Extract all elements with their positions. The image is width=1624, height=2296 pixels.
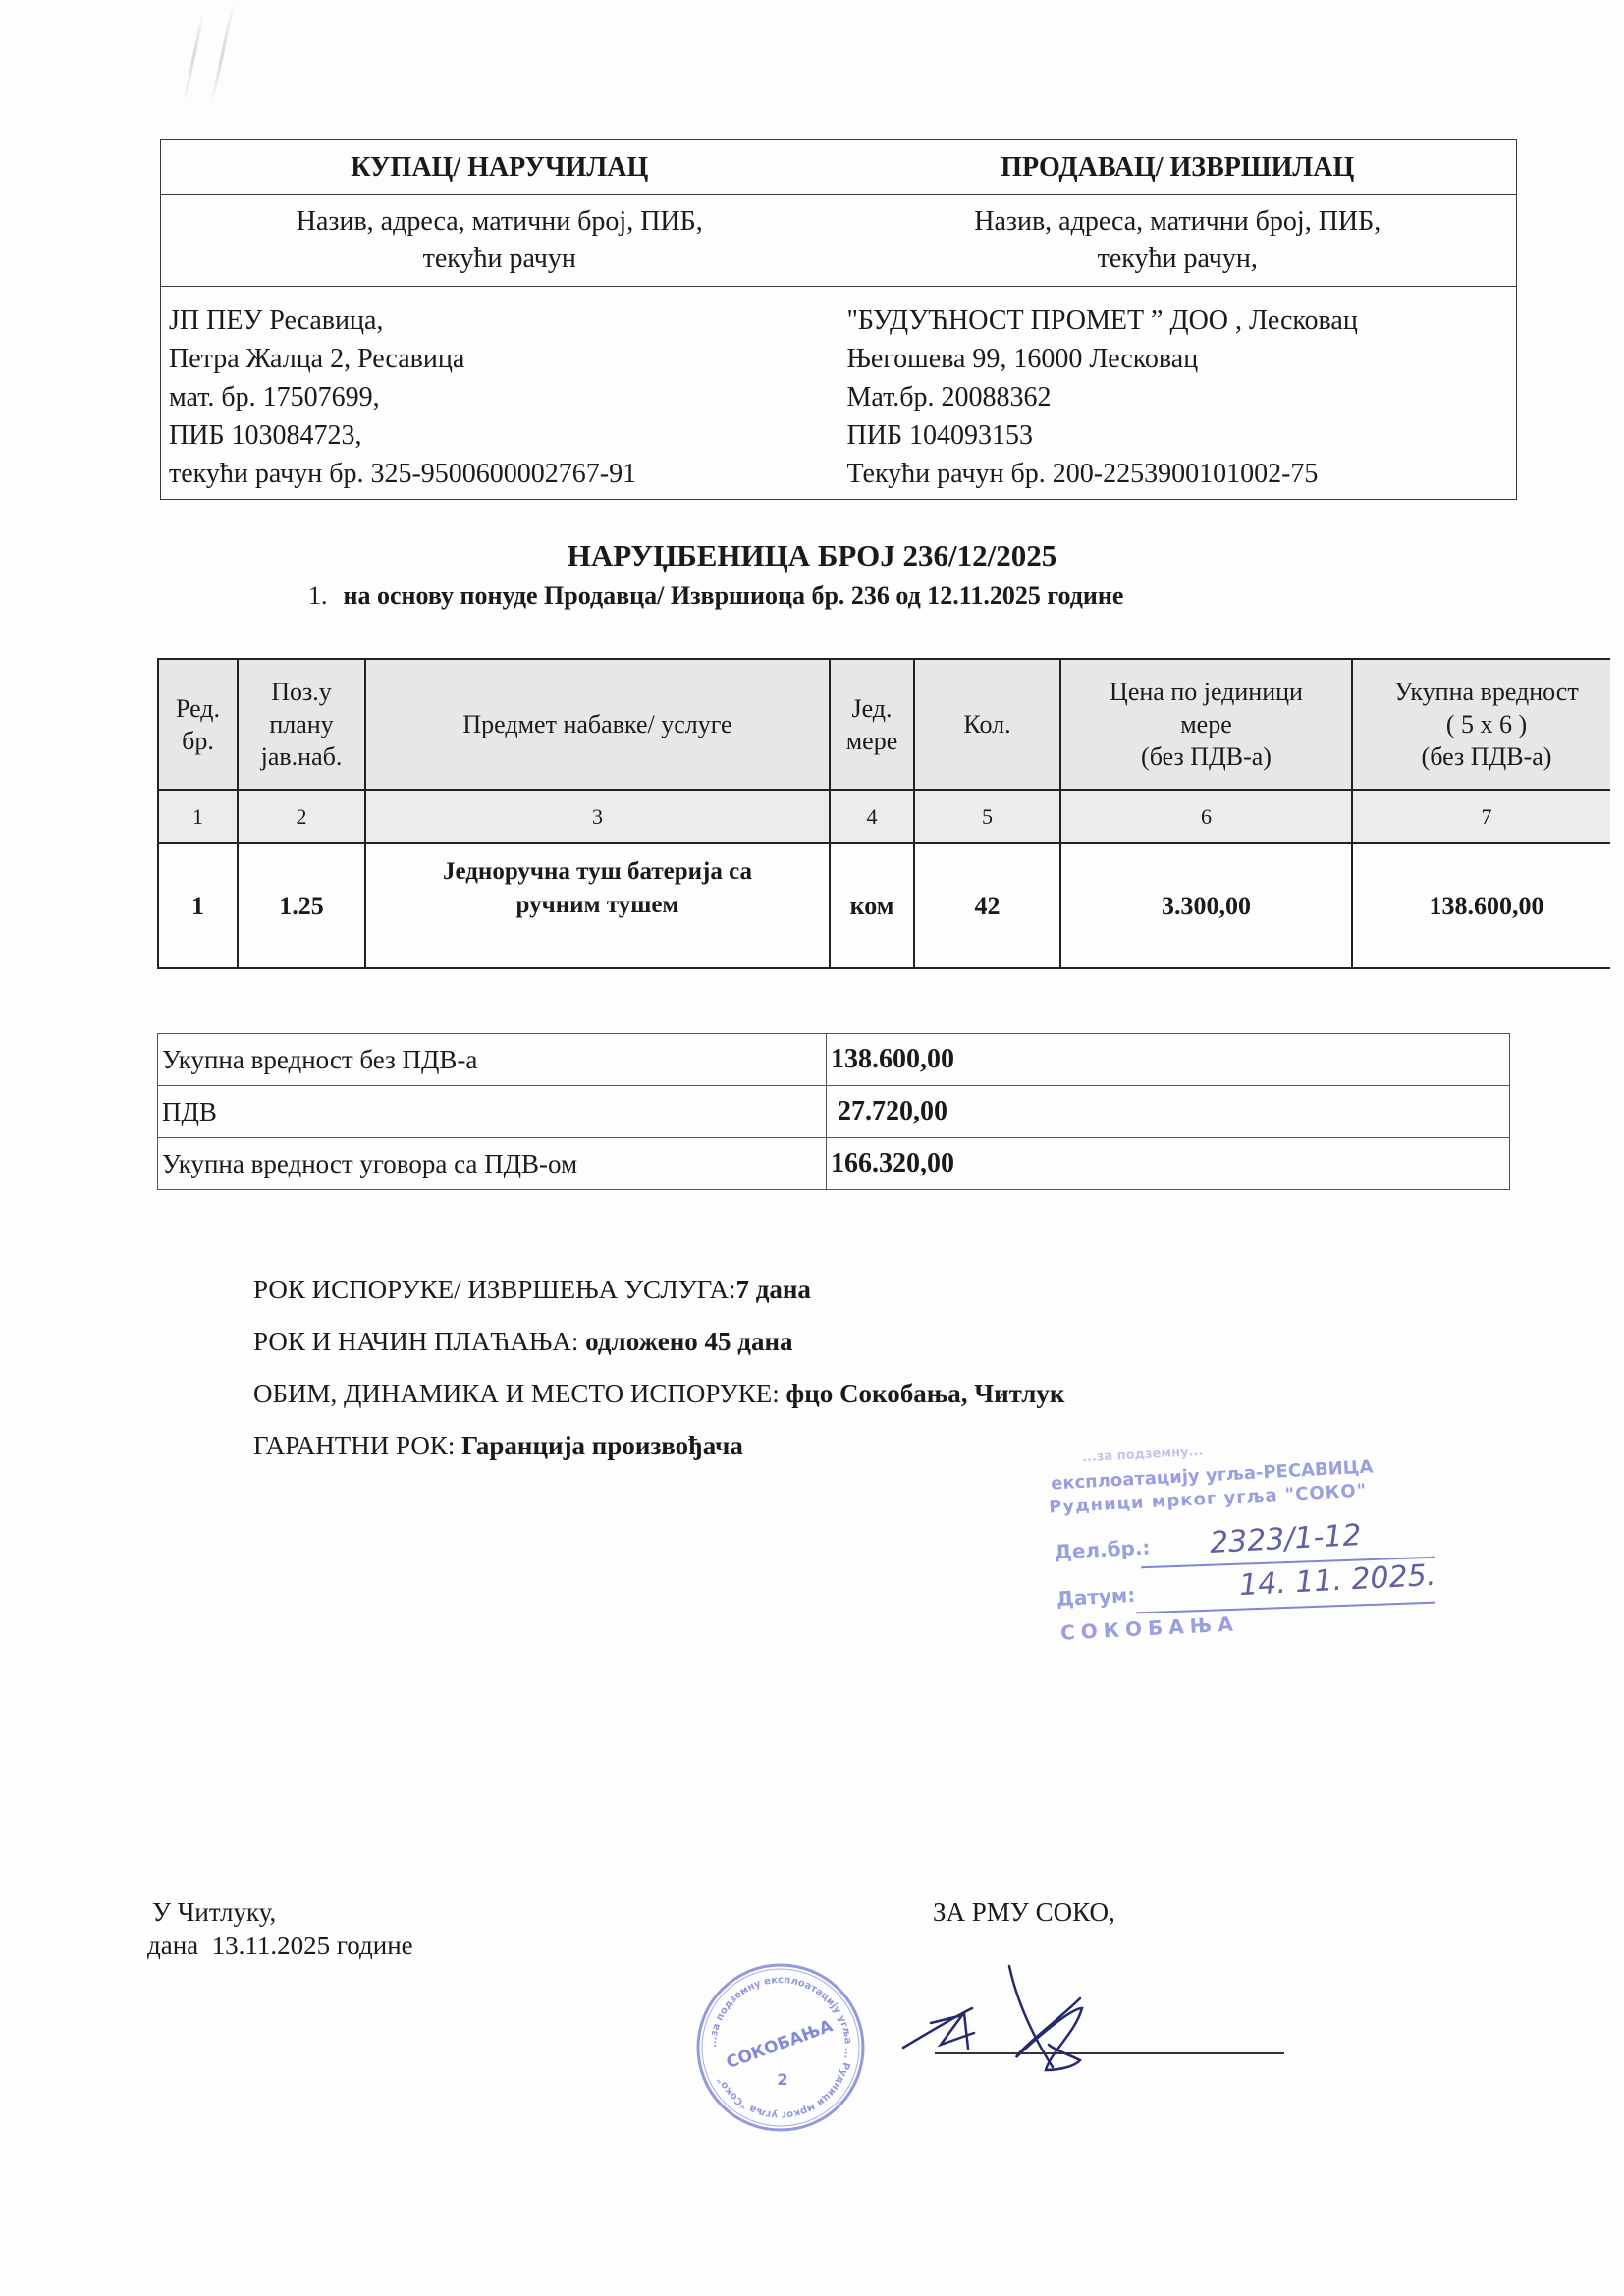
issue-date: дана 13.11.2025 године xyxy=(147,1929,413,1962)
term-label: ОБИМ, ДИНАМИКА И МЕСТО ИСПОРУКЕ: xyxy=(253,1379,786,1408)
svg-text:СОКОБАЊА: СОКОБАЊА xyxy=(724,2016,837,2073)
fields-label-line: Назив, адреса, матични број, ПИБ, xyxy=(162,203,838,241)
column-header-line: Поз.у xyxy=(241,676,362,708)
term-value: Гаранција произвођача xyxy=(461,1431,743,1460)
column-header: Ред.бр. xyxy=(158,659,238,790)
vat-value: 27.720,00 xyxy=(827,1086,1510,1138)
buyer-fields-label: Назив, адреса, матични број, ПИБ, текући… xyxy=(161,195,839,287)
term-value: 7 дана xyxy=(735,1275,810,1304)
svg-text:2: 2 xyxy=(777,2070,787,2089)
buyer-reg-number: мат. бр. 17507699, xyxy=(169,378,831,416)
items-column-numbers-row: 1234567 xyxy=(158,790,1610,843)
column-header: Јед.мере xyxy=(830,659,914,790)
column-header-line: ( 5 х 6 ) xyxy=(1355,708,1610,740)
column-header-line: Јед. xyxy=(833,692,911,725)
total-net-label: Укупна вредност без ПДВ-а xyxy=(158,1034,827,1086)
buyer-heading: КУПАЦ/ НАРУЧИЛАЦ xyxy=(161,140,839,195)
column-number: 7 xyxy=(1352,790,1610,843)
totals-row: Укупна вредност без ПДВ-а 138.600,00 xyxy=(158,1034,1510,1086)
column-header: Предмет набавке/ услуге xyxy=(365,659,830,790)
cell-total: 138.600,00 xyxy=(1352,843,1610,968)
seller-fields-label: Назив, адреса, матични број, ПИБ, текући… xyxy=(839,195,1517,287)
buyer-details: ЈП ПЕУ Ресавица, Петра Жалца 2, Ресавица… xyxy=(161,287,839,500)
column-header-line: плану xyxy=(241,708,362,740)
column-header: Цена по јединицимере(без ПДВ-а) xyxy=(1060,659,1352,790)
column-header-line: бр. xyxy=(161,725,235,757)
signatory-label: ЗА РМУ СОКО, xyxy=(933,1897,1115,1928)
term-value: одложено 45 дана xyxy=(585,1327,792,1356)
column-header-line: Предмет набавке/ услуге xyxy=(368,708,827,740)
column-number: 1 xyxy=(158,790,238,843)
document-title: НАРУЏБЕНИЦА БРОЈ 236/12/2025 xyxy=(0,538,1624,574)
term-label: РОК И НАЧИН ПЛАЋАЊА: xyxy=(253,1327,585,1356)
column-header-line: мере xyxy=(1063,708,1349,740)
scan-artifact xyxy=(183,11,205,103)
column-number: 5 xyxy=(914,790,1060,843)
totals-table: Укупна вредност без ПДВ-а 138.600,00 ПДВ… xyxy=(157,1033,1510,1190)
cell-unit-price: 3.300,00 xyxy=(1060,843,1352,968)
column-header-line: Кол. xyxy=(917,708,1057,740)
total-gross-value: 166.320,00 xyxy=(827,1138,1510,1190)
stamp-line: ...за подземну... xyxy=(1082,1445,1204,1465)
column-header: Кол. xyxy=(914,659,1060,790)
total-net-value: 138.600,00 xyxy=(827,1034,1510,1086)
buyer-address: Петра Жалца 2, Ресавица xyxy=(169,340,831,378)
description-line: ручним тушем xyxy=(368,889,827,922)
column-number: 4 xyxy=(830,790,914,843)
seller-name: "БУДУЋНОСТ ПРОМЕТ ” ДОО , Лесковац xyxy=(847,301,1509,340)
term-value: фцо Сокобања, Читлук xyxy=(786,1379,1065,1408)
cell-unit: ком xyxy=(830,843,914,968)
fields-label-line: Назив, адреса, матични број, ПИБ, xyxy=(840,203,1516,241)
column-header: Поз.упланујав.наб. xyxy=(238,659,365,790)
stamp-registry-label: Дел.бр.: xyxy=(1054,1535,1151,1563)
description-line: Једноручна туш батерија са xyxy=(368,855,827,889)
items-table: Ред.бр.Поз.упланујав.наб.Предмет набавке… xyxy=(157,658,1610,969)
term-delivery: РОК ИСПОРУКЕ/ ИЗВРШЕЊА УСЛУГА:7 дана xyxy=(253,1275,1064,1327)
cell-description: Једноручна туш батерија са ручним тушем xyxy=(365,843,830,968)
totals-row: Укупна вредност уговора са ПДВ-ом 166.32… xyxy=(158,1138,1510,1190)
subtitle-number: 1. xyxy=(308,581,328,610)
column-header-line: Укупна вредност xyxy=(1355,676,1610,708)
seller-details: "БУДУЋНОСТ ПРОМЕТ ” ДОО , Лесковац Његош… xyxy=(839,287,1517,500)
column-header: Укупна вредност( 5 х 6 )(без ПДВ-а) xyxy=(1352,659,1610,790)
registry-stamp: ...за подземну... експлоатацију угља-РЕС… xyxy=(1043,1448,1455,1664)
term-label: РОК ИСПОРУКЕ/ ИЗВРШЕЊА УСЛУГА: xyxy=(253,1275,735,1304)
fields-label-line: текући рачун xyxy=(162,241,838,278)
vat-label: ПДВ xyxy=(158,1086,827,1138)
subtitle-text: на основу понуде Продавца/ Извршиоца бр.… xyxy=(344,581,1124,610)
seller-heading: ПРОДАВАЦ/ ИЗВРШИЛАЦ xyxy=(839,140,1517,195)
term-label: ГАРАНТНИ РОК: xyxy=(253,1431,461,1460)
column-header-line: јав.наб. xyxy=(241,740,362,773)
stamp-date: 14. 11. 2025. xyxy=(1238,1558,1436,1603)
terms-section: РОК ИСПОРУКЕ/ ИЗВРШЕЊА УСЛУГА:7 дана РОК… xyxy=(253,1275,1064,1483)
cell-quantity: 42 xyxy=(914,843,1060,968)
term-warranty: ГАРАНТНИ РОК: Гаранција произвођача xyxy=(253,1431,1064,1483)
term-scope-location: ОБИМ, ДИНАМИКА И МЕСТО ИСПОРУКЕ: фцо Сок… xyxy=(253,1379,1064,1431)
column-header-line: (без ПДВ-а) xyxy=(1063,740,1349,773)
total-gross-label: Укупна вредност уговора са ПДВ-ом xyxy=(158,1138,827,1190)
column-number: 3 xyxy=(365,790,830,843)
document-subtitle: 1.на основу понуде Продавца/ Извршиоца б… xyxy=(308,581,1123,611)
totals-row: ПДВ 27.720,00 xyxy=(158,1086,1510,1138)
items-header-row: Ред.бр.Поз.упланујав.наб.Предмет набавке… xyxy=(158,659,1610,790)
seller-reg-number: Мат.бр. 20088362 xyxy=(847,378,1509,416)
buyer-name: ЈП ПЕУ Ресавица, xyxy=(169,301,831,340)
table-row: 1 1.25 Једноручна туш батерија са ручним… xyxy=(158,843,1610,968)
round-stamp-icon: ...за подземну експлоатацију угља ... Ру… xyxy=(692,1959,869,2136)
stamp-line: СОКОБАЊА xyxy=(1059,1612,1239,1644)
buyer-bank-account: текући рачун бр. 325-9500600002767-91 xyxy=(169,455,831,493)
seller-bank-account: Текући рачун бр. 200-2253900101002-75 xyxy=(847,455,1509,493)
place: У Читлуку, xyxy=(152,1895,413,1929)
column-number: 6 xyxy=(1060,790,1352,843)
column-header-line: Цена по јединици xyxy=(1063,676,1349,708)
signature-icon xyxy=(884,1954,1139,2082)
term-payment: РОК И НАЧИН ПЛАЋАЊА: одложено 45 дана xyxy=(253,1327,1064,1379)
buyer-tax-id: ПИБ 103084723, xyxy=(169,416,831,455)
place-date: У Читлуку, дана 13.11.2025 године xyxy=(152,1895,413,1962)
scan-artifact xyxy=(210,1,236,107)
stamp-registry-number: 2323/1-12 xyxy=(1209,1518,1362,1560)
column-number: 2 xyxy=(238,790,365,843)
stamp-date-label: Датум: xyxy=(1056,1583,1135,1611)
stamp-underline xyxy=(1136,1602,1435,1614)
column-header-line: мере xyxy=(833,725,911,757)
fields-label-line: текући рачун, xyxy=(840,241,1516,278)
seller-address: Његошева 99, 16000 Лесковац xyxy=(847,340,1509,378)
cell-row-number: 1 xyxy=(158,843,238,968)
seller-tax-id: ПИБ 104093153 xyxy=(847,416,1509,455)
column-header-line: Ред. xyxy=(161,692,235,725)
cell-plan-position: 1.25 xyxy=(238,843,365,968)
column-header-line: (без ПДВ-а) xyxy=(1355,740,1610,773)
parties-table: КУПАЦ/ НАРУЧИЛАЦ ПРОДАВАЦ/ ИЗВРШИЛАЦ Наз… xyxy=(160,139,1517,500)
